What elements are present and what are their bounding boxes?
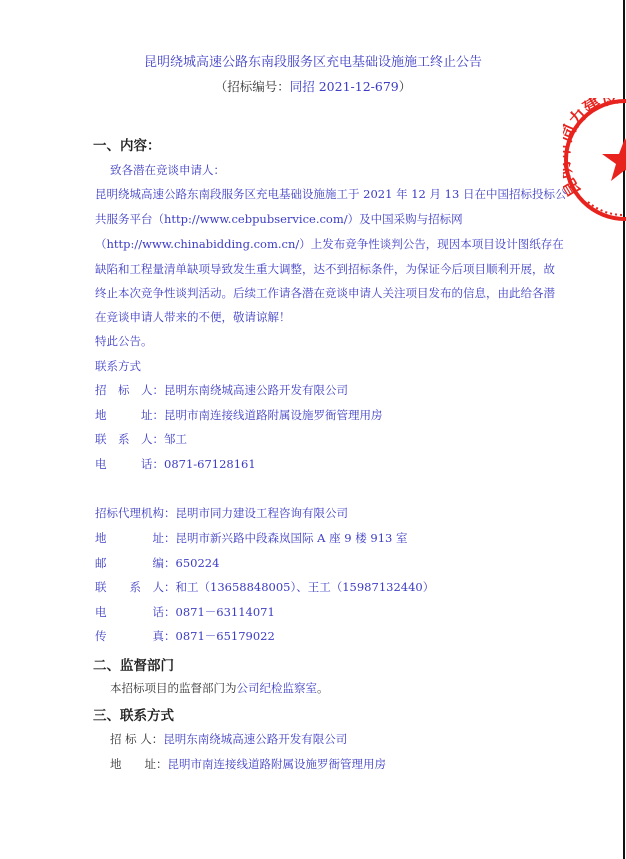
address-key: 地 址： — [95, 407, 164, 423]
s3-address-key: 地 址： — [110, 756, 168, 772]
supervision-suffix: 。 — [317, 681, 329, 695]
agency-contact-value: 和工（13658848005）、王工（15987132440） — [176, 580, 435, 594]
tenderer-row: 招 标 人：昆明东南绕城高速公路开发有限公司 — [95, 382, 348, 398]
section-3-tenderer-row: 招 标 人：昆明东南绕城高速公路开发有限公司 — [110, 731, 347, 747]
agency-phone-row: 电 话：0871－63114071 — [95, 604, 275, 620]
agency-address-row: 地 址：昆明市新兴路中段森岚国际 A 座 9 楼 913 室 — [95, 530, 408, 546]
closing-line: 特此公告。 — [95, 333, 153, 349]
phone-key: 电 话： — [95, 456, 164, 472]
tenderer-value: 昆明东南绕城高速公路开发有限公司 — [164, 383, 348, 397]
fax-value: 0871－65179022 — [176, 629, 275, 643]
postcode-value: 650224 — [176, 556, 220, 570]
tenderer-address-row: 地 址：昆明市南连接线道路附属设施罗衙管理用房 — [95, 407, 383, 423]
bid-number-label: （招标编号： — [215, 79, 290, 94]
body-line-4: 缺陷和工程量清单缺项导致发生重大调整，达不到招标条件，为保证今后项目顺利开展，故 — [95, 261, 555, 277]
bid-number: （招标编号：同招 2021-12-679） — [0, 77, 626, 95]
contact-key: 联 系 人： — [95, 431, 164, 447]
supervision-prefix: 本招标项目的监督部门为 — [110, 681, 237, 695]
supervision-department: 公司纪检监察室 — [237, 681, 318, 695]
address-value: 昆明市南连接线道路附属设施罗衙管理用房 — [164, 408, 383, 422]
svg-text:昆明市同力建设工程: 昆明市同力建设工程 — [563, 98, 626, 200]
agency-postcode-row: 邮 编：650224 — [95, 555, 219, 571]
salutation: 致各潜在竞谈申请人： — [110, 162, 225, 178]
agency-row: 招标代理机构：昆明市同力建设工程咨询有限公司 — [95, 505, 348, 521]
phone-value: 0871-67128161 — [164, 457, 256, 471]
s3-tenderer-key: 招 标 人： — [110, 731, 163, 747]
postcode-key: 邮 编： — [95, 555, 176, 571]
section-2-heading: 二、监督部门 — [93, 654, 174, 674]
agency-name: 昆明市同力建设工程咨询有限公司 — [176, 506, 349, 520]
bid-number-value: 同招 2021-12-679 — [290, 79, 399, 94]
tenderer-key: 招 标 人： — [95, 382, 164, 398]
agency-contact-key: 联 系 人： — [95, 579, 176, 595]
fax-key: 传 真： — [95, 628, 176, 644]
official-seal-icon: 昆明市同力建设工程 — [563, 98, 626, 222]
bid-number-close: ） — [399, 79, 412, 94]
body-line-3: （http://www.chinabidding.com.cn/）上发布竞争性谈… — [95, 236, 564, 252]
supervision-text: 本招标项目的监督部门为公司纪检监察室。 — [110, 680, 329, 696]
s3-address-value: 昆明市南连接线道路附属设施罗衙管理用房 — [168, 757, 387, 771]
agency-address-key: 地 址： — [95, 530, 176, 546]
agency-contact-row: 联 系 人：和工（13658848005）、王工（15987132440） — [95, 579, 434, 595]
section-1-heading: 一、内容： — [93, 134, 161, 154]
agency-label: 招标代理机构： — [95, 506, 176, 520]
agency-fax-row: 传 真：0871－65179022 — [95, 628, 275, 644]
tenderer-contact-row: 联 系 人：邹工 — [95, 431, 187, 447]
body-line-5: 终止本次竞争性谈判活动。后续工作请各潜在竞谈申请人关注项目发布的信息，由此给各潜 — [95, 285, 555, 301]
contact-value: 邹工 — [164, 432, 187, 446]
agency-address-value: 昆明市新兴路中段森岚国际 A 座 9 楼 913 室 — [176, 531, 408, 545]
body-line-2: 共服务平台（http://www.cebpubservice.com/）及中国采… — [95, 211, 463, 227]
section-3-heading: 三、联系方式 — [93, 704, 174, 724]
agency-phone-key: 电 话： — [95, 604, 176, 620]
tenderer-phone-row: 电 话：0871-67128161 — [95, 456, 256, 472]
document-title: 昆明绕城高速公路东南段服务区充电基础设施施工终止公告 — [0, 51, 626, 70]
agency-phone-value: 0871－63114071 — [176, 605, 275, 619]
contact-heading: 联系方式 — [95, 358, 141, 374]
section-3-address-row: 地 址：昆明市南连接线道路附属设施罗衙管理用房 — [110, 756, 386, 772]
body-line-1: 昆明绕城高速公路东南段服务区充电基础设施施工于 2021 年 12 月 13 日… — [95, 186, 566, 202]
s3-tenderer-value: 昆明东南绕城高速公路开发有限公司 — [163, 732, 347, 746]
body-line-6: 在竞谈申请人带来的不便，敬请谅解！ — [95, 309, 291, 325]
